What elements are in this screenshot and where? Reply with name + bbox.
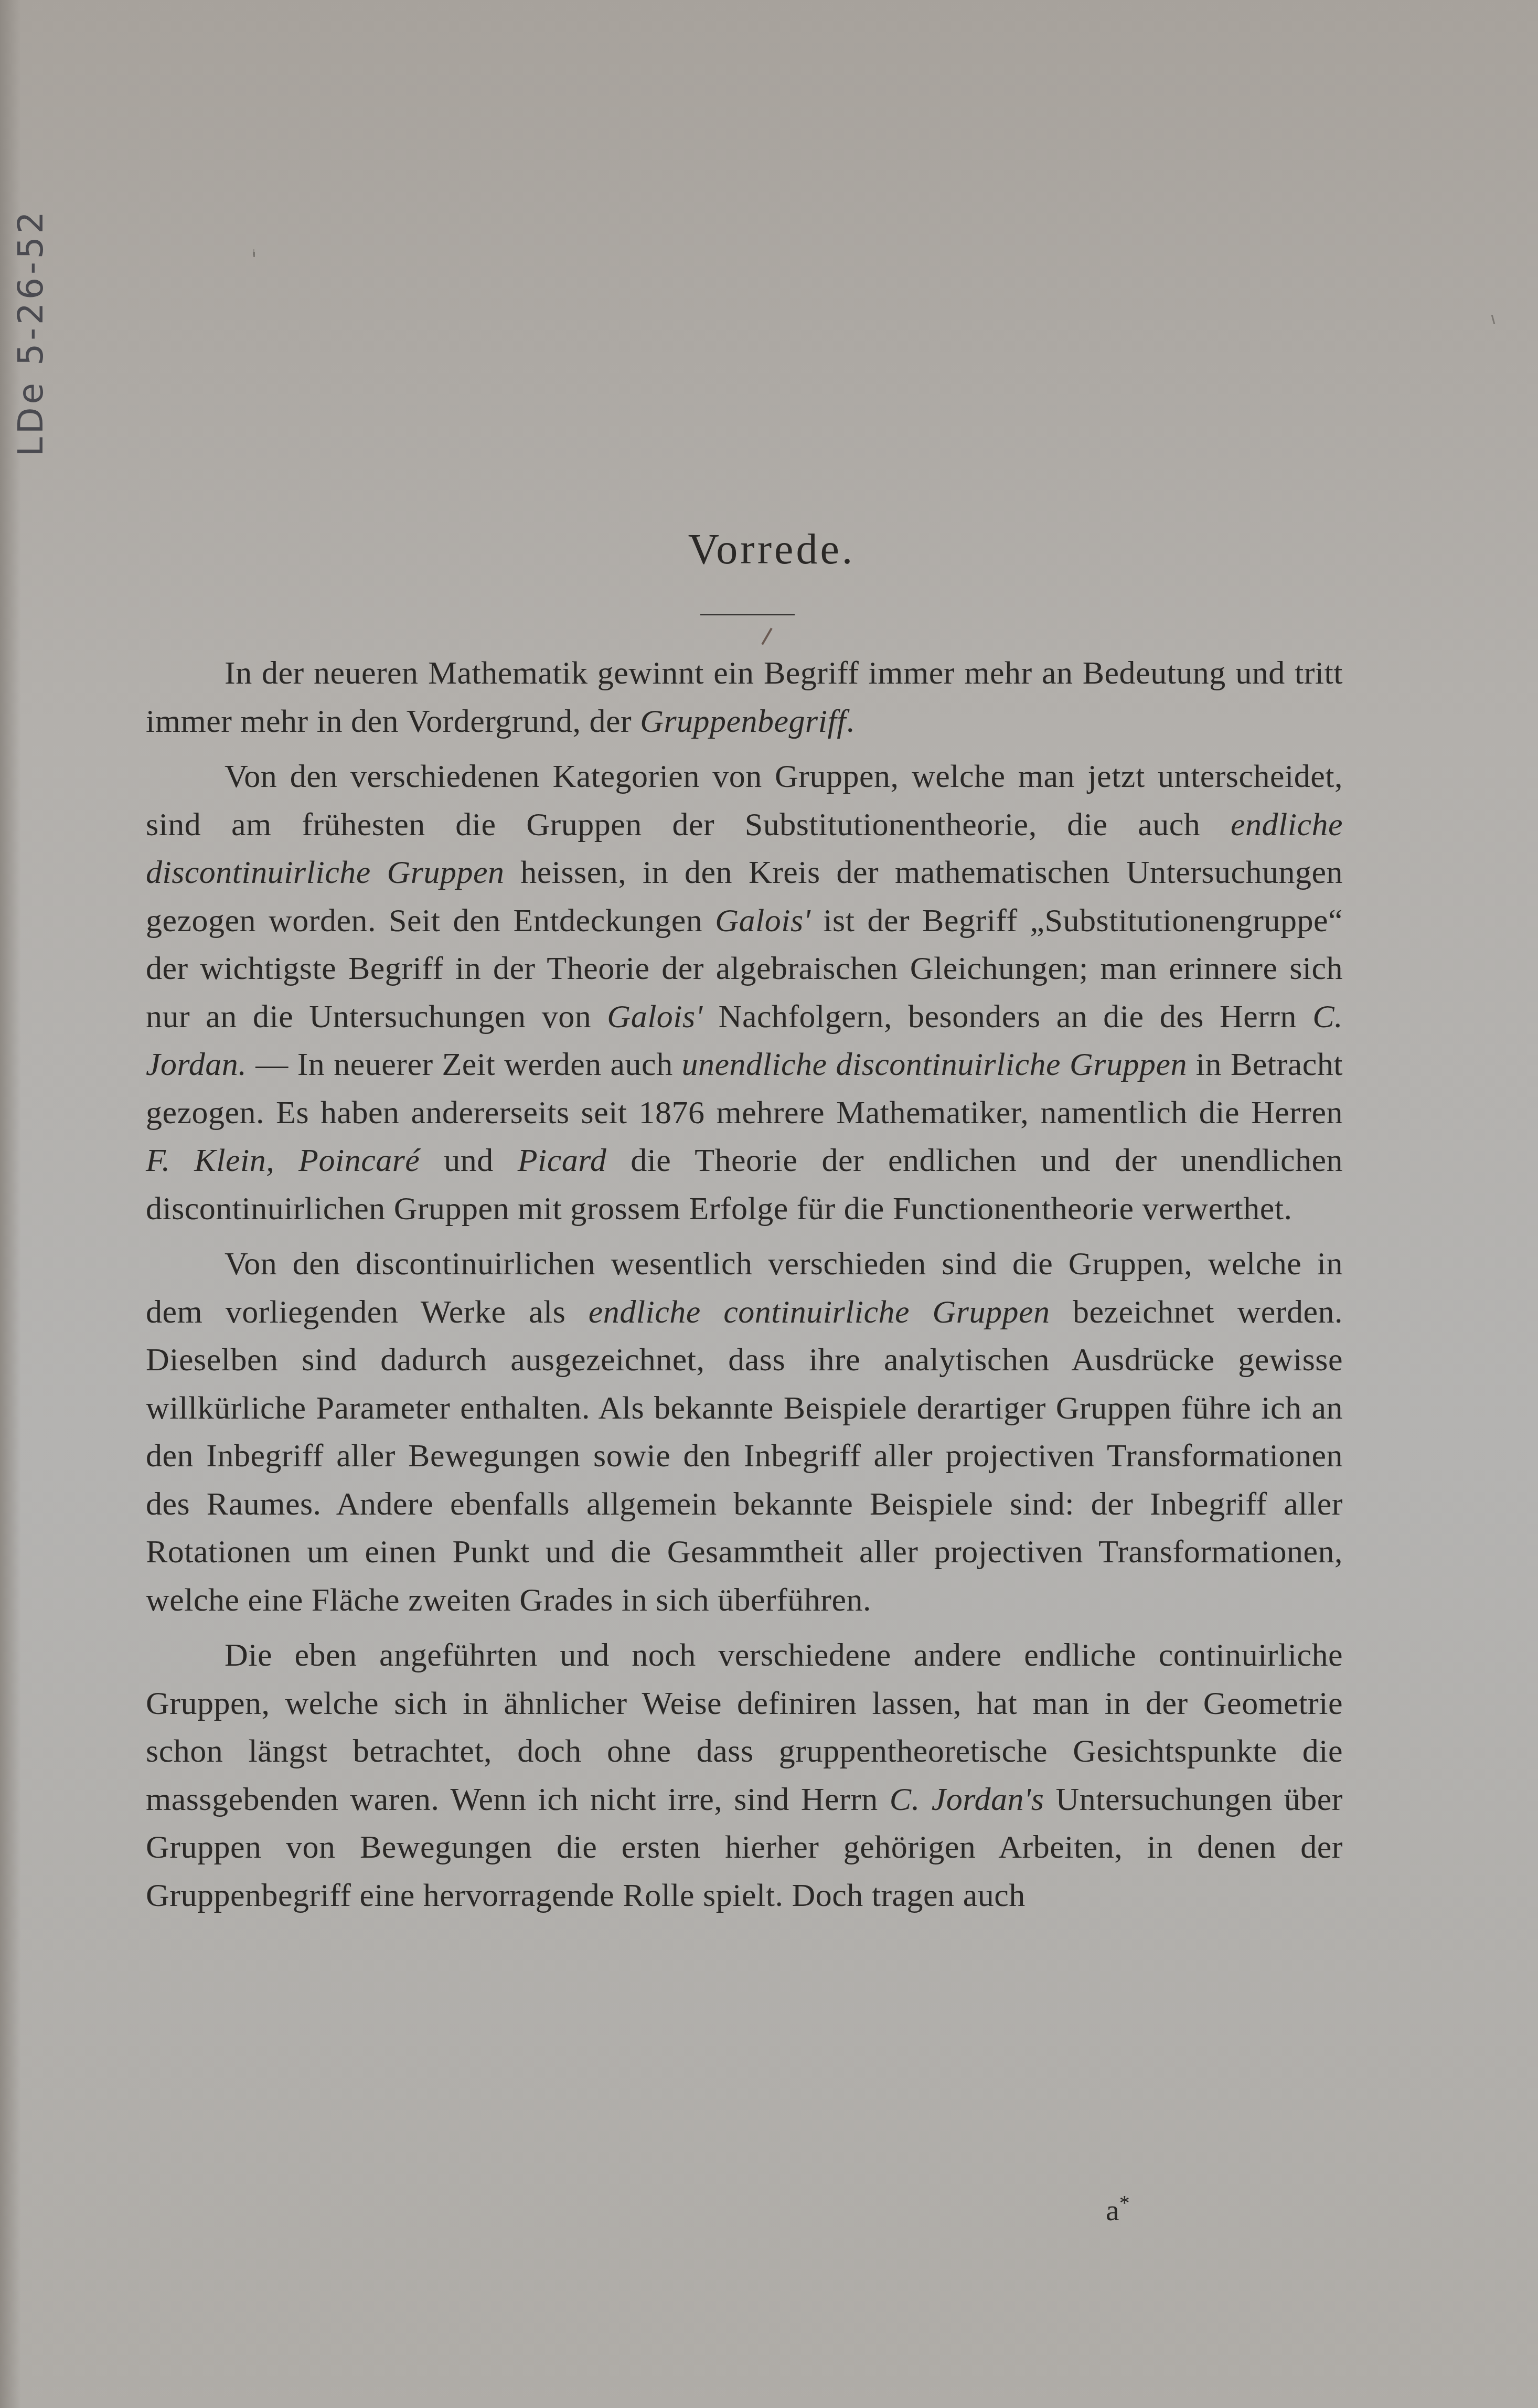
paragraph: In der neueren Mathematik gewinnt ein Be… — [146, 649, 1343, 745]
signature-star: * — [1119, 2191, 1130, 2214]
emphasis-text: Galois' — [607, 999, 702, 1035]
paper-speck — [253, 249, 254, 255]
signature-letter: a — [1106, 2193, 1119, 2227]
emphasis-text: C. Jordan's — [890, 1782, 1044, 1817]
pencil-mark — [761, 627, 772, 645]
paper-speck — [1491, 315, 1496, 324]
signature-mark: a* — [1106, 2190, 1130, 2228]
emphasis-text: Galois' — [715, 903, 810, 939]
emphasis-text: Picard — [518, 1143, 606, 1178]
page-title: Vorrede. — [0, 525, 1538, 574]
paragraph: Von den discontinuirlichen wesentlich ve… — [146, 1240, 1343, 1624]
body-text: . — [846, 704, 855, 739]
body-text: und — [420, 1143, 517, 1178]
handwritten-shelfmark: LDe 5-26-52 — [10, 208, 51, 456]
emphasis-text: unendliche discontinuirliche Gruppen — [682, 1047, 1187, 1082]
paragraph: Von den verschiedenen Kategorien von Gru… — [146, 753, 1343, 1233]
body-text: Nachfolgern, besonders an die des Herrn — [702, 999, 1312, 1035]
body-text: bezeichnet werden. Dieselben sind dadurc… — [146, 1294, 1343, 1618]
emphasis-text: endliche continuirliche Gruppen — [589, 1294, 1050, 1330]
preface-body: In der neueren Mathematik gewinnt ein Be… — [146, 649, 1343, 1927]
body-text: Von den verschiedenen Kategorien von Gru… — [146, 759, 1343, 843]
paragraph: Die eben angeführten und noch verschiede… — [146, 1632, 1343, 1920]
title-divider — [700, 614, 795, 615]
emphasis-text: Gruppenbegriff — [640, 704, 846, 739]
emphasis-text: F. Klein, Poincaré — [146, 1143, 420, 1178]
body-text: — In neuerer Zeit werden auch — [247, 1047, 681, 1082]
